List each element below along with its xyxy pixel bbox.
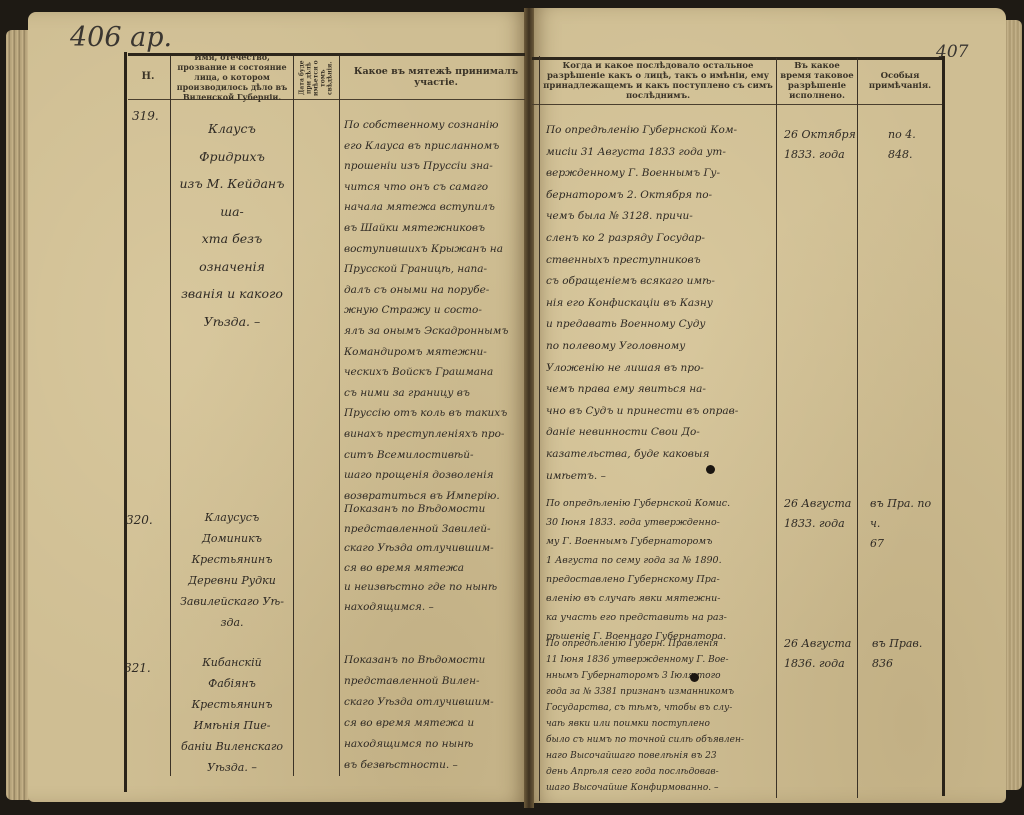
row-319-number: 319.: [132, 103, 159, 131]
row-321-person: Кибанскій Фабіянъ Крестьянинъ Имѣнія Пие…: [172, 652, 292, 778]
row-321-participation: Показанъ по Вѣдомости представленной Вил…: [344, 650, 530, 776]
col-divider-number: [170, 56, 171, 776]
header-number: Н.: [126, 56, 170, 98]
row-319-person: Клаусъ Фридрихъ изъ М. Кейданъ ша- хта б…: [172, 115, 292, 335]
header-executed: Въ какое время таковое разрѣшеніе исполн…: [778, 60, 856, 102]
row-320-executed: 26 Августа 1833. года: [784, 494, 864, 534]
col-divider-person: [293, 56, 294, 776]
header-case-date: Дата буде при дѣлѣ имѣется о томъ свѣдѣн…: [295, 58, 337, 98]
row-319-executed: 26 Октября 1833. года: [784, 125, 874, 165]
row-320-notes: въ Пра. по ч. 67: [870, 494, 942, 554]
book-spread: 406 ар. 407 Н. Имя, отечество, прозвание…: [0, 0, 1024, 815]
row-320-participation: Показанъ по Вѣдомости представленной Зав…: [344, 500, 530, 617]
col-divider-notes: [857, 58, 858, 798]
header-participation: Какое въ мятежѣ принималъ участіе.: [341, 56, 531, 98]
row-319-resolution: По опредѣленію Губернской Ком- мисіи 31 …: [546, 120, 774, 487]
row-321-notes: въ Прав. 836: [872, 634, 942, 674]
left-folio-number: 406 ар.: [70, 22, 172, 53]
header-bottom-rule-right: [532, 104, 944, 105]
row-321-executed: 26 Августа 1836. года: [784, 634, 864, 674]
ink-blot: [690, 673, 699, 682]
header-resolution: Когда и какое послѣдовало остальное разр…: [541, 60, 775, 102]
col-divider-executed: [776, 58, 777, 798]
header-notes: Особыя примѣчанія.: [859, 60, 941, 102]
row-321-resolution: По опредѣленію Губерн. Правленія 11 Іюня…: [546, 636, 774, 796]
ink-blot: [706, 465, 715, 474]
col-divider-resolution: [539, 56, 540, 801]
col-divider-date: [339, 56, 340, 776]
right-outer-rule: [942, 56, 945, 796]
row-320-number: 320.: [126, 507, 153, 535]
row-321-number: 321.: [124, 655, 151, 683]
header-person: Имя, отечество, прозвание и состояние ли…: [172, 56, 292, 98]
row-319-participation: По собственному сознанію его Клауса въ п…: [344, 115, 530, 506]
row-320-resolution: По опредѣленію Губернской Комис. 30 Іюня…: [546, 494, 774, 646]
row-319-notes: по 4. 848.: [888, 125, 938, 165]
row-320-person: Клаусусъ Доминикъ Крестьянинъ Деревни Ру…: [172, 507, 292, 633]
